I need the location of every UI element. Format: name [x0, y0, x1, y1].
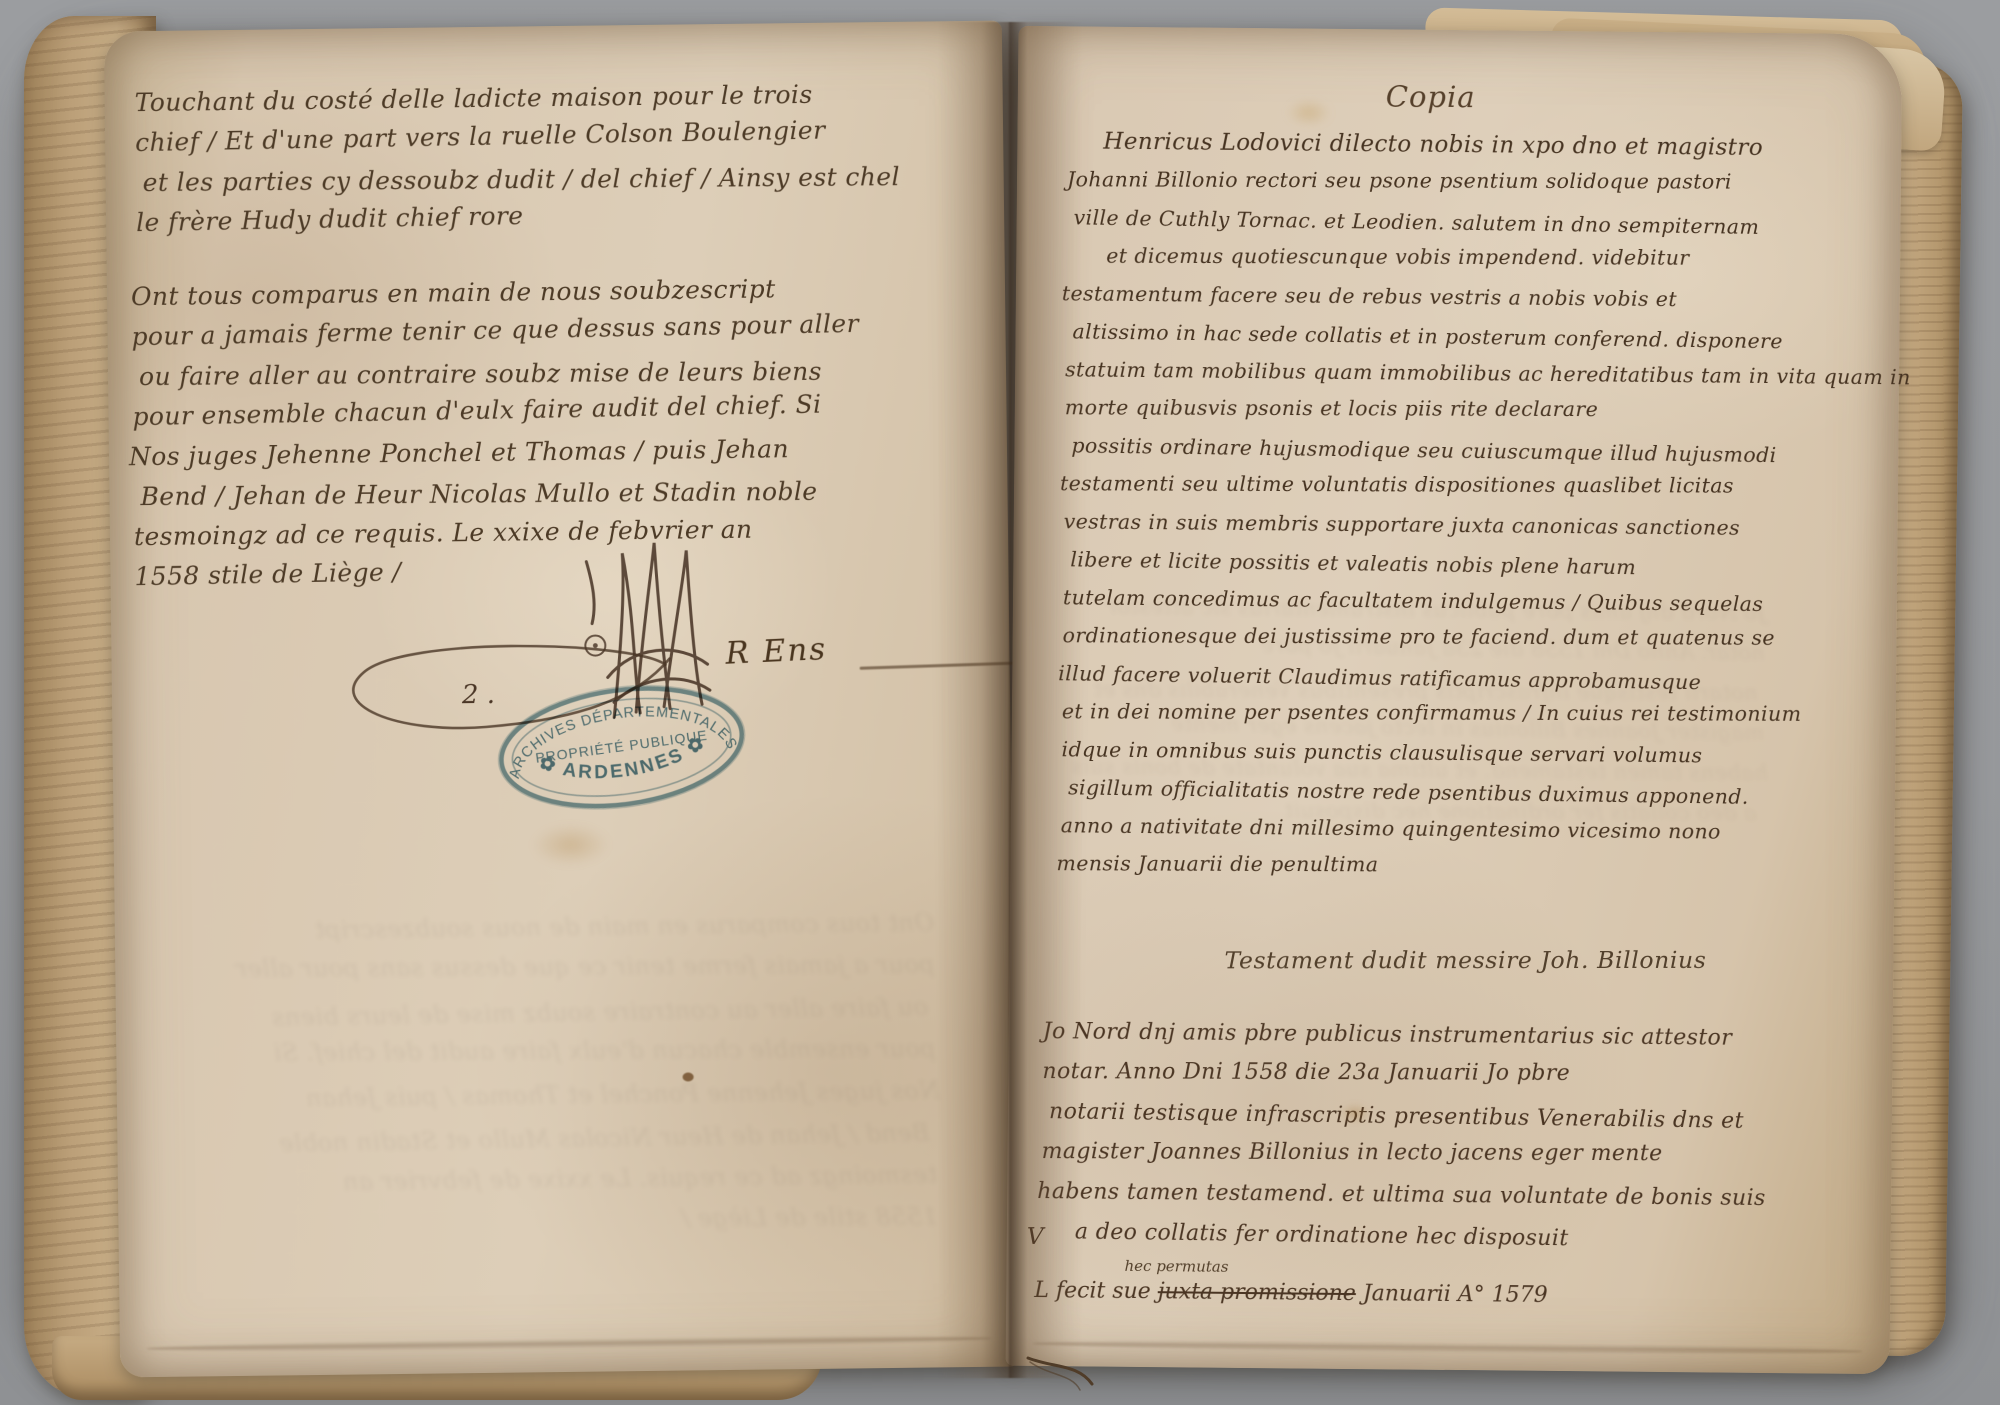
- left-act-paragraph: Ont tous comparus en main de nous soubze…: [131, 268, 862, 597]
- show-through-text: Ont tous comparus en main de nous soubze…: [235, 901, 938, 1246]
- testament-section-heading: Testament dudit messire Joh. Billonius: [1224, 946, 1706, 974]
- interline-note: hec permutas: [1124, 1257, 1228, 1276]
- marginal-v-mark: V: [1027, 1224, 1044, 1250]
- manuscript-line: pour a jamais ferme tenir ce que dessus …: [235, 943, 934, 989]
- manuscript-line: et dicemus quotiescunque vobis impendend…: [1106, 237, 1912, 278]
- paper-stain: [532, 823, 611, 866]
- manuscript-line: a deo collatis fer ordinatione hec dispo…: [1075, 1212, 1766, 1262]
- manuscript-line: testamenti seu ultime voluntatis disposi…: [1060, 464, 1910, 505]
- manuscript-line: et in dei nomine per psentes confirmamus…: [1062, 692, 1908, 733]
- right-page: Jo Nord dnj amis pbre publicus instrumen…: [1006, 26, 1903, 1374]
- manuscript-line: mensis Januarii die penultima: [1056, 844, 1906, 885]
- manuscript-line: notar. Anno Dni 1558 die 23a Januarii Jo…: [1042, 1052, 1767, 1095]
- manuscript-line: ordinationesque dei justissime pro te fa…: [1063, 616, 1909, 657]
- latin-grant-paragraph: Henricus Lodovici dilecto nobis in xpo d…: [1060, 122, 1913, 890]
- left-page: Ont tous comparus en main de nous soubze…: [104, 21, 1018, 1378]
- paper-stain: [1285, 98, 1331, 126]
- final-line-year: Januarii A° 1579: [1356, 1281, 1548, 1308]
- manuscript-line: habens tamen testamend. et ultima sua vo…: [1037, 1172, 1766, 1219]
- notarial-paragraph: Jo Nord dnj amis pbre publicus instrumen…: [1041, 1012, 1768, 1259]
- manuscript-line: morte quibusvis psonis et locis piis rit…: [1065, 388, 1911, 429]
- final-line-struck-text: juxta promissione: [1158, 1279, 1356, 1306]
- manuscript-line: 1558 stile de Liège /: [238, 1195, 937, 1241]
- manuscript-line: Nos juges Jehenne Ponchel et Thomas / pu…: [129, 428, 861, 477]
- final-line-pre: L fecit sue: [1034, 1278, 1158, 1304]
- binding-thread: [1020, 1354, 1104, 1400]
- manuscript-line: magister Joannes Billonius in lecto jace…: [1042, 1132, 1767, 1175]
- photo-backdrop: Ont tous comparus en main de nous soubze…: [0, 0, 2000, 1405]
- manuscript-line: Johanni Billonio rectori seu psone psent…: [1067, 160, 1913, 201]
- left-intro-paragraph: Touchant du costé delle ladicte maison p…: [134, 74, 900, 243]
- manuscript-line: pour ensemble chacun d'eulx faire audit …: [236, 1027, 935, 1073]
- copia-heading: Copia: [1386, 79, 1476, 114]
- final-dated-line: L fecit sue juxta promissione Januarii A…: [1034, 1278, 1548, 1308]
